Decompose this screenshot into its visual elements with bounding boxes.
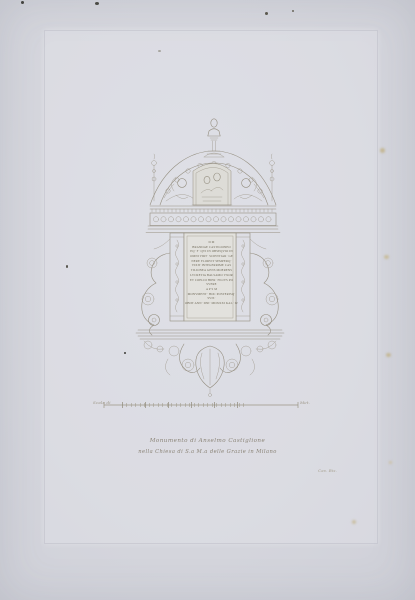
scanned-print-sheet: D MBRANDAE CASTILIONEOEQ· F· QVI IN OBSE… xyxy=(0,0,415,600)
foxing-spot xyxy=(389,461,392,464)
niche-with-figures xyxy=(192,164,232,206)
paper-speck xyxy=(124,352,126,354)
pendant-cartouche xyxy=(196,346,224,397)
epitaph-line: OBIIT ANN· DNI· MDXXXI KAL· IVN· xyxy=(185,301,238,306)
entablature xyxy=(146,206,280,233)
right-corner-finial xyxy=(270,154,275,201)
paper-speck xyxy=(265,12,268,15)
caption-title: Monumento di Anselmo Castiglione xyxy=(90,438,325,444)
scale-left-label: Scala di xyxy=(93,400,111,405)
foxing-spot xyxy=(384,255,389,259)
paper-speck xyxy=(21,1,24,4)
foxing-spot xyxy=(386,353,391,357)
left-corner-finial xyxy=(152,154,157,201)
caption-subtitle: nella Chiesa di S.a M.a delle Grazie in … xyxy=(90,449,325,455)
epitaph-line: LVCRETIA BALSAMO VXOR xyxy=(185,273,238,278)
engraver-credit: Cav. Bis. xyxy=(318,468,364,473)
epitaph-inscription: D MBRANDAE CASTILIONEOEQ· F· QVI IN OBSE… xyxy=(185,240,238,318)
paper-speck xyxy=(158,50,161,52)
foxing-spot xyxy=(352,520,356,524)
foxing-spot xyxy=(380,148,385,153)
scale-bar xyxy=(92,397,320,411)
base-shelf xyxy=(136,330,284,339)
paper-speck xyxy=(66,265,68,268)
scale-right-label: Met. xyxy=(300,400,310,405)
caption: Monumento di Anselmo Castiglione nella C… xyxy=(90,438,325,455)
apron-ornament xyxy=(144,341,276,397)
paper-speck xyxy=(292,10,294,12)
paper-speck xyxy=(95,2,99,5)
